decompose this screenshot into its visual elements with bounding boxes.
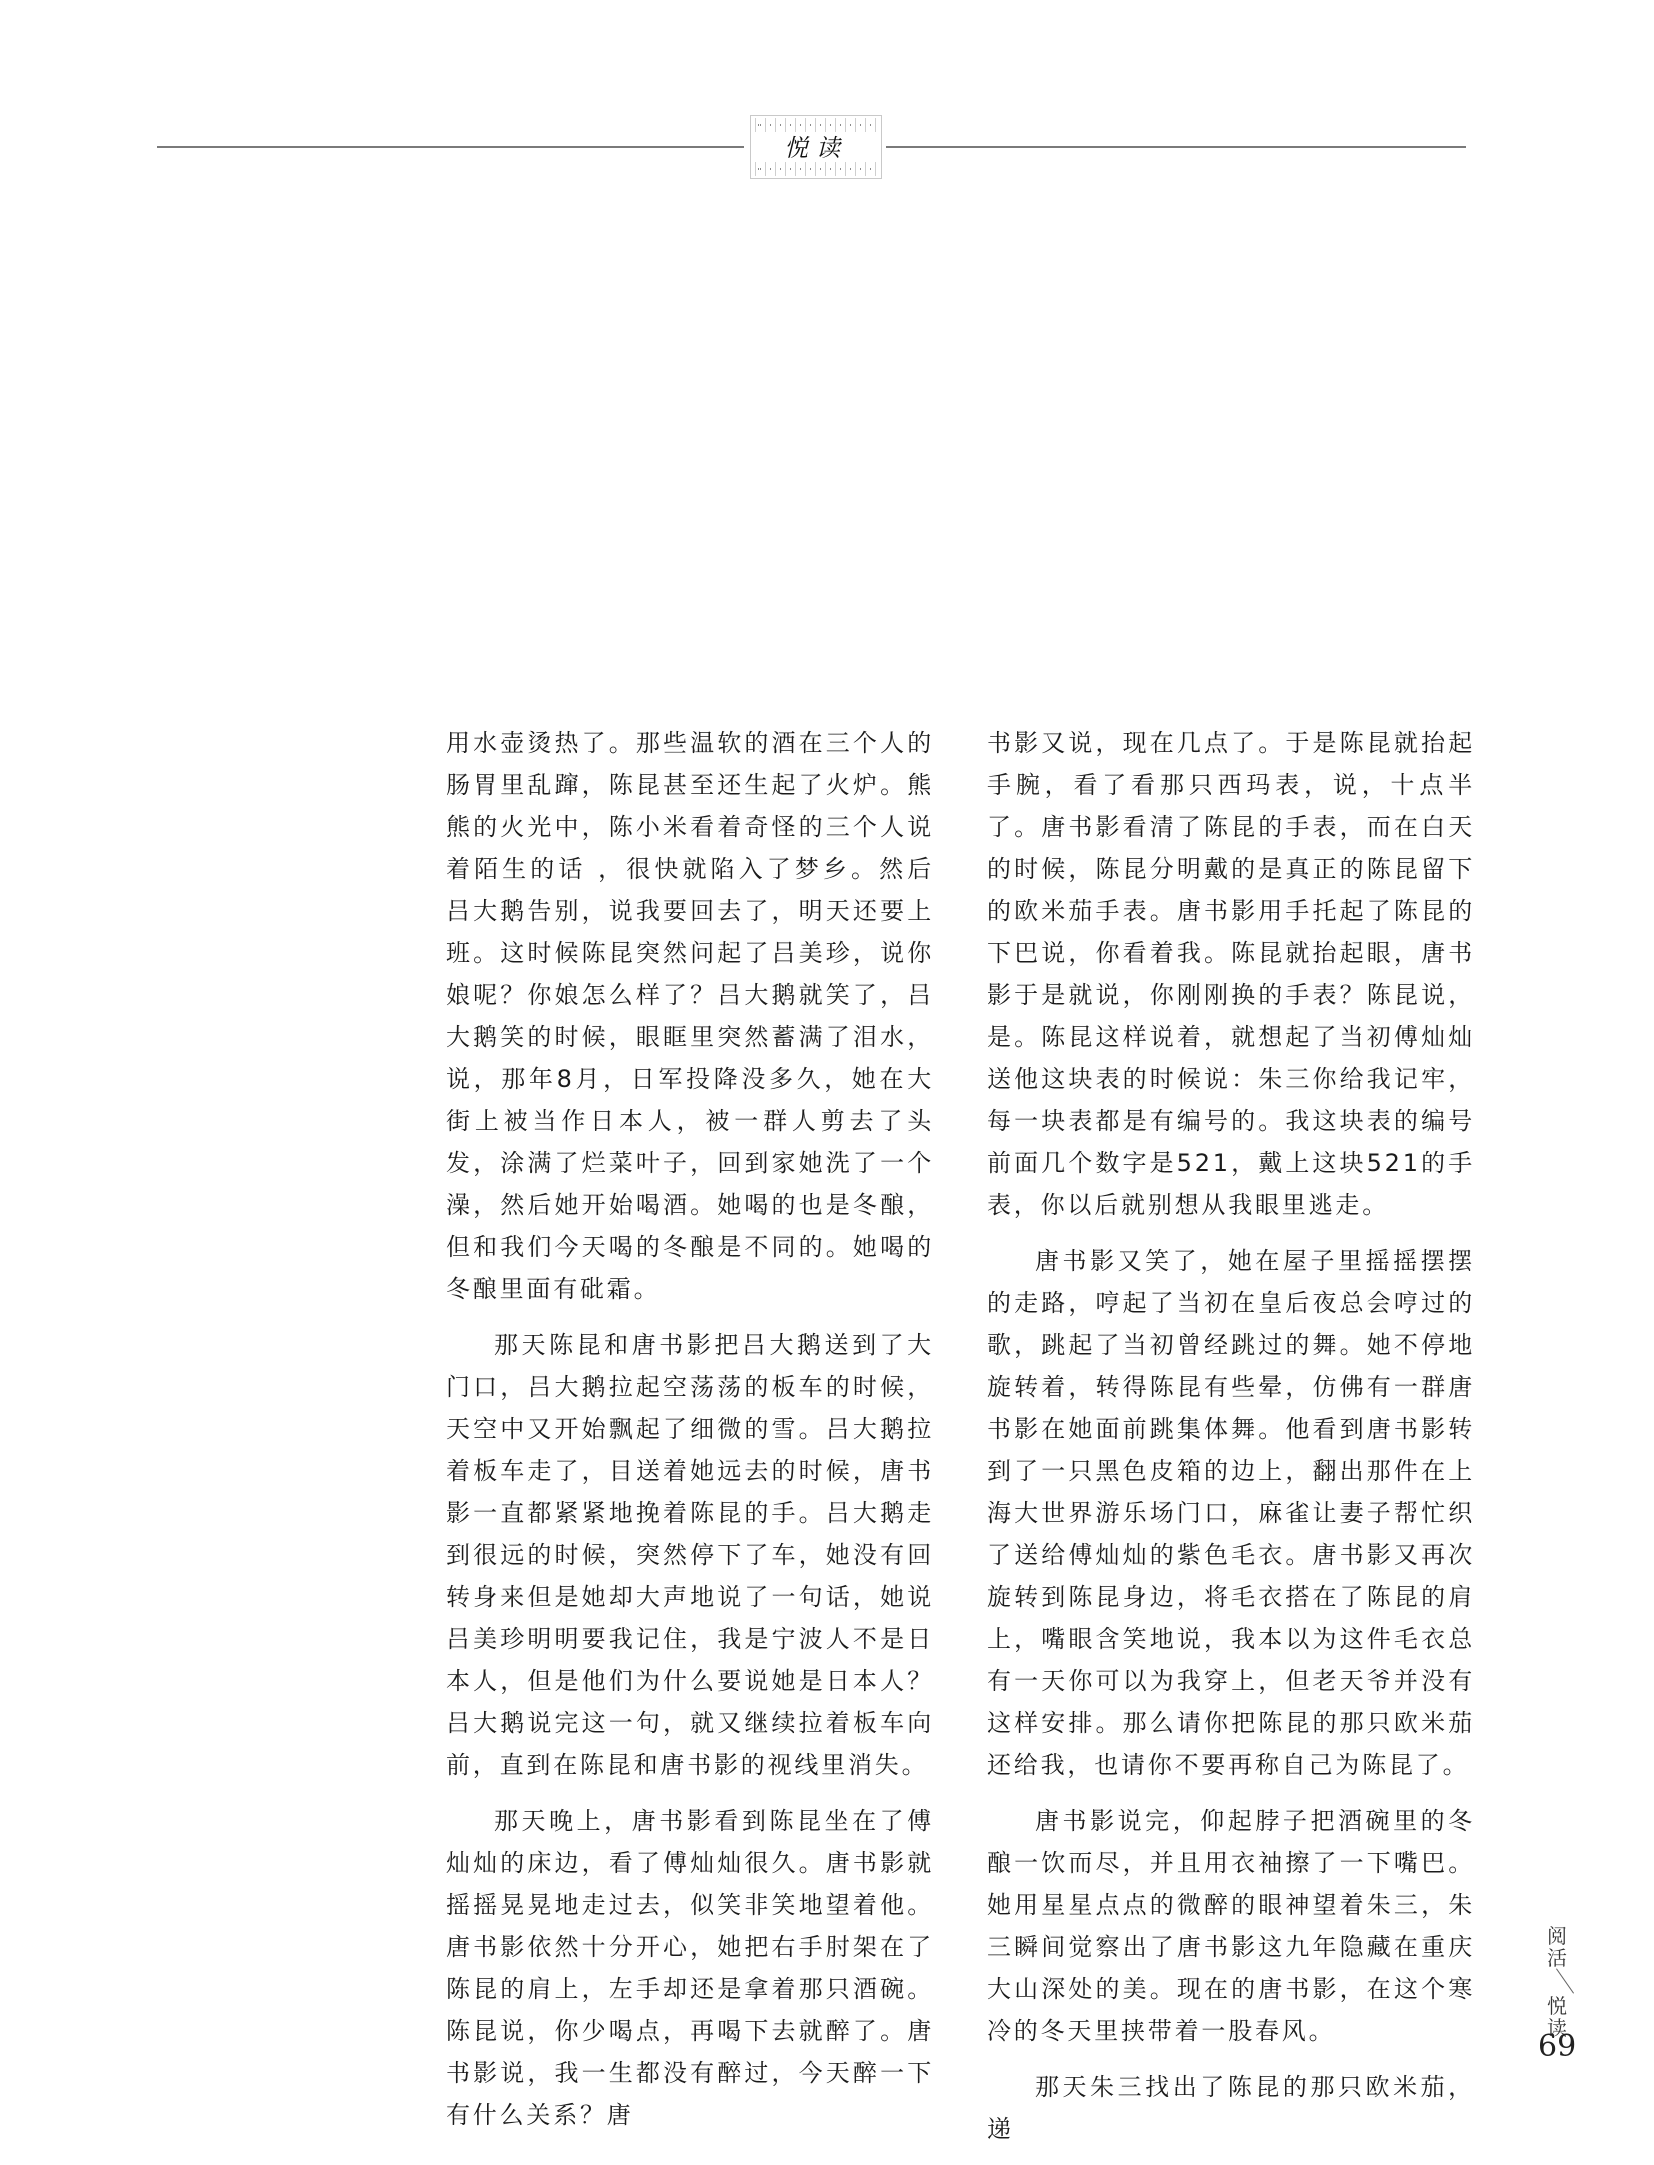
magazine-section-label: 阅 活 悦 读	[1545, 1925, 1569, 2039]
paragraph: 那天陈昆和唐书影把吕大鹅送到了大门口，吕大鹅拉起空荡荡的板车的时候，天空中又开始…	[446, 1324, 934, 1786]
side-label-char: 阅	[1545, 1925, 1569, 1947]
text-column-right: 书影又说，现在几点了。于是陈昆就抬起手腕，看了看那只西玛表，说，十点半了。唐书影…	[987, 722, 1475, 2164]
section-header-box: 悦读	[750, 115, 882, 179]
page-number: 69	[1538, 2030, 1576, 2064]
paragraph: 用水壶烫热了。那些温软的酒在三个人的肠胃里乱蹿，陈昆甚至还生起了火炉。熊熊的火光…	[446, 722, 934, 1310]
paragraph: 那天晚上，唐书影看到陈昆坐在了傅灿灿的床边，看了傅灿灿很久。唐书影就摇摇晃晃地走…	[446, 1800, 934, 2136]
paragraph: 书影又说，现在几点了。于是陈昆就抬起手腕，看了看那只西玛表，说，十点半了。唐书影…	[987, 722, 1475, 1226]
decorative-border-bottom	[755, 162, 877, 176]
side-label-char: 悦	[1545, 1995, 1569, 2017]
header-rule-left	[157, 146, 744, 148]
side-label-char: 活	[1545, 1947, 1569, 1969]
header-rule-right	[886, 146, 1466, 148]
paragraph: 那天朱三找出了陈昆的那只欧米茄，递	[987, 2066, 1475, 2150]
slash-divider	[1545, 1969, 1569, 1995]
text-column-left: 用水壶烫热了。那些温软的酒在三个人的肠胃里乱蹿，陈昆甚至还生起了火炉。熊熊的火光…	[446, 722, 934, 2150]
paragraph: 唐书影说完，仰起脖子把酒碗里的冬酿一饮而尽，并且用衣袖擦了一下嘴巴。她用星星点点…	[987, 1800, 1475, 2052]
decorative-border-top	[755, 118, 877, 132]
section-title: 悦读	[759, 134, 873, 162]
paragraph: 唐书影又笑了，她在屋子里摇摇摆摆的走路，哼起了当初在皇后夜总会哼过的歌，跳起了当…	[987, 1240, 1475, 1786]
